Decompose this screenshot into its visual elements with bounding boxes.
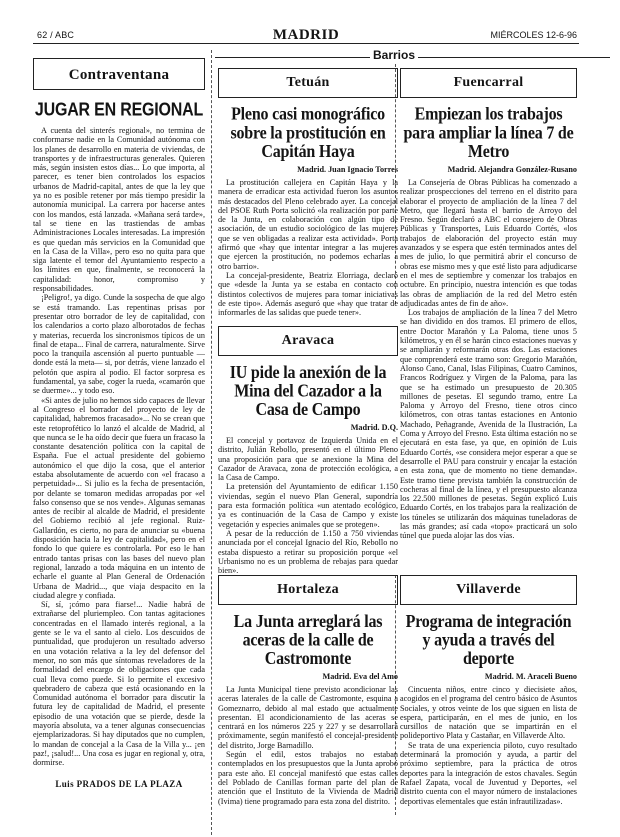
article-fuencarral: Fuencarral Empiezan los trabajos para am… <box>400 68 577 541</box>
paragraph: Los trabajos de ampliación de la línea 7… <box>400 308 577 540</box>
article-headline: Pleno casi monográfico sobre la prostitu… <box>220 105 396 161</box>
author-signature: Luis PRADOS DE LA PLAZA <box>33 779 205 789</box>
article-body: La Junta Municipal tiene previsto acondi… <box>218 685 398 806</box>
article-byline: Madrid. Eva del Amo <box>218 672 398 681</box>
article-aravaca: Aravaca IU pide la anexión de la Mina de… <box>218 326 398 575</box>
column-headline: JUGAR EN REGIONAL <box>33 101 205 122</box>
article-byline: Madrid. Juan Ignacio Torres <box>218 165 398 174</box>
article-headline: IU pide la anexión de la Mina del Cazado… <box>220 363 396 419</box>
district-label: Aravaca <box>218 326 398 356</box>
article-headline: Empiezan los trabajos para ampliar la lí… <box>402 105 575 161</box>
article-villaverde: Villaverde Programa de integración y ayu… <box>400 575 577 806</box>
article-headline: Programa de integración y ayuda a través… <box>402 612 575 668</box>
column-body: A cuenta del sinterés regional», no term… <box>33 126 205 767</box>
paragraph: El concejal y portavoz de Izquierda Unid… <box>218 436 398 482</box>
column-divider <box>211 50 212 835</box>
article-headline: La Junta arreglará las aceras de la call… <box>220 612 396 668</box>
paragraph: Sí, sí, ¡cómo para fiarse!... Nadie habr… <box>33 600 205 767</box>
paragraph: A pesar de la reducción de 1.150 a 750 v… <box>218 529 398 575</box>
article-hortaleza: Hortaleza La Junta arreglará las aceras … <box>218 575 398 806</box>
district-label: Hortaleza <box>218 575 398 605</box>
article-byline: Madrid. Alejandra González-Rusano <box>400 165 577 174</box>
paragraph: La concejal-presidente, Beatriz Elorriag… <box>218 271 398 317</box>
paragraph: Cincuenta niños, entre cinco y diecisiet… <box>400 685 577 741</box>
paragraph: La prostitución callejera en Capitán Hay… <box>218 178 398 271</box>
masthead: 62 / ABC MADRID MIÉRCOLES 12-6-96 <box>33 27 579 44</box>
newspaper-page: 62 / ABC MADRID MIÉRCOLES 12-6-96 Contra… <box>0 0 620 837</box>
paragraph: La Junta Municipal tiene previsto acondi… <box>218 685 398 750</box>
article-tetuan: Tetuán Pleno casi monográfico sobre la p… <box>218 68 398 317</box>
issue-date: MIÉRCOLES 12-6-96 <box>490 30 577 40</box>
paragraph: A cuenta del sinterés regional», no term… <box>33 126 205 293</box>
paragraph: ¡Peligro!, ya digo. Cunde la sospecha de… <box>33 293 205 395</box>
paragraph: Se trata de una experiencia piloto, cuyo… <box>400 741 577 806</box>
paragraph: Según el edil, estos trabajos no estaban… <box>218 750 398 806</box>
article-body: La prostitución callejera en Capitán Hay… <box>218 178 398 317</box>
article-body: Cincuenta niños, entre cinco y diecisiet… <box>400 685 577 806</box>
contraventana-column: Contraventana JUGAR EN REGIONAL A cuenta… <box>33 58 205 789</box>
article-byline: Madrid. M. Araceli Bueno <box>400 672 577 681</box>
article-body: La Consejería de Obras Públicas ha comen… <box>400 178 577 541</box>
district-label: Villaverde <box>400 575 577 605</box>
district-label: Tetuán <box>218 68 398 98</box>
paragraph: «Si antes de julio no hemos sido capaces… <box>33 396 205 601</box>
paragraph: La pretensión del Ayuntamiento de edific… <box>218 482 398 528</box>
district-label: Fuencarral <box>400 68 577 98</box>
paragraph: La Consejería de Obras Públicas ha comen… <box>400 178 577 308</box>
contraventana-label: Contraventana <box>33 58 205 90</box>
article-byline: Madrid. D.Q. <box>218 423 398 432</box>
article-body: El concejal y portavoz de Izquierda Unid… <box>218 436 398 575</box>
barrios-header: Barrios <box>370 48 418 62</box>
